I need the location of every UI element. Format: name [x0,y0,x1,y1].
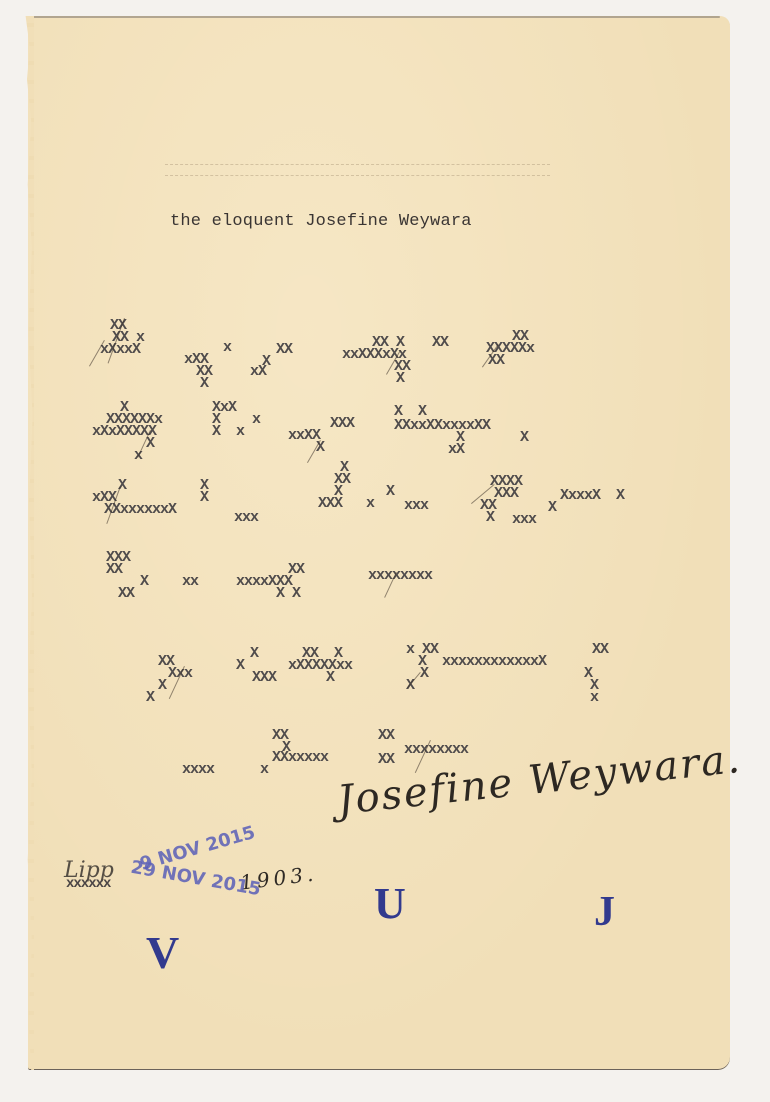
x-glyph-cluster: XX [488,355,504,367]
x-glyph-cluster: X [158,680,166,692]
x-glyph-cluster: XX [432,337,448,349]
stamp-letter-u: U [374,878,406,929]
x-glyph-cluster: X [396,373,404,385]
x-glyph-cluster: XX [592,644,608,656]
x-glyph-cluster: X xxxxxxxxxxxxX [418,656,546,668]
x-glyph-cluster: X [420,668,428,680]
x-glyph-cluster: X [326,672,334,684]
x-glyph-cluster: xxx [404,500,428,512]
x-glyph-cluster: XX [118,588,134,600]
x-glyph-cluster: xX [250,366,266,378]
x-glyph-cluster: XXxxxxx [272,752,328,764]
x-glyph-cluster: XX [106,564,122,576]
x-glyph-cluster: xx [182,576,198,588]
x-glyph-cluster: xxxxxxxx [368,570,432,582]
x-glyph-cluster: xXXXXXxx [288,660,352,672]
x-glyph-cluster: X x [212,426,244,438]
x-glyph-cluster: xxxx [182,764,214,776]
x-glyph-cluster: x [260,764,268,776]
x-glyph-cluster: X X [276,588,300,600]
x-glyph-cluster: XxxxX X [560,490,624,502]
x-glyph-cluster: X X [456,432,528,444]
x-glyph-cluster: XX [378,754,394,766]
x-glyph-cluster: X [236,660,244,672]
stamp-letter-j: J [594,888,615,936]
x-glyph-cluster: X [146,692,154,704]
x-glyph-cluster: x [590,692,598,704]
faint-ruled-line [165,175,550,176]
faint-ruled-line [165,164,550,165]
stamp-letter-v: V [146,926,179,979]
document-title: the eloquent Josefine Weywara [170,212,472,231]
x-glyph-cluster: x [366,498,374,510]
x-glyph-cluster: X [548,502,556,514]
x-glyph-cluster: x [223,342,231,354]
x-glyph-cluster: XX [276,344,292,356]
x-glyph-cluster: XXxxxxxxX [104,504,176,516]
x-glyph-cluster: XXX [330,418,354,430]
x-glyph-cluster: xxxxxxxx [404,744,468,756]
x-glyph-cluster: XXX [318,498,342,510]
x-glyph-cluster: xXxxX [100,344,140,356]
x-glyph-cluster: X [200,378,208,390]
x-glyph-cluster: X [200,492,208,504]
x-glyph-cluster: xxx [234,512,258,524]
x-glyph-cluster: xX [448,444,464,456]
torn-left-edge [20,16,34,1070]
struck-place-text: xxxxxx [66,876,110,892]
x-glyph-cluster: XX [378,730,394,742]
x-glyph-cluster: X [146,438,154,450]
x-glyph-cluster: X [386,486,394,498]
x-glyph-cluster: X [250,648,258,660]
x-glyph-cluster: X [486,512,494,524]
x-glyph-cluster: X [140,576,148,588]
x-glyph-cluster: XXX [494,488,518,500]
x-glyph-cluster: xxx [512,514,536,526]
x-glyph-cluster: XXX [252,672,276,684]
